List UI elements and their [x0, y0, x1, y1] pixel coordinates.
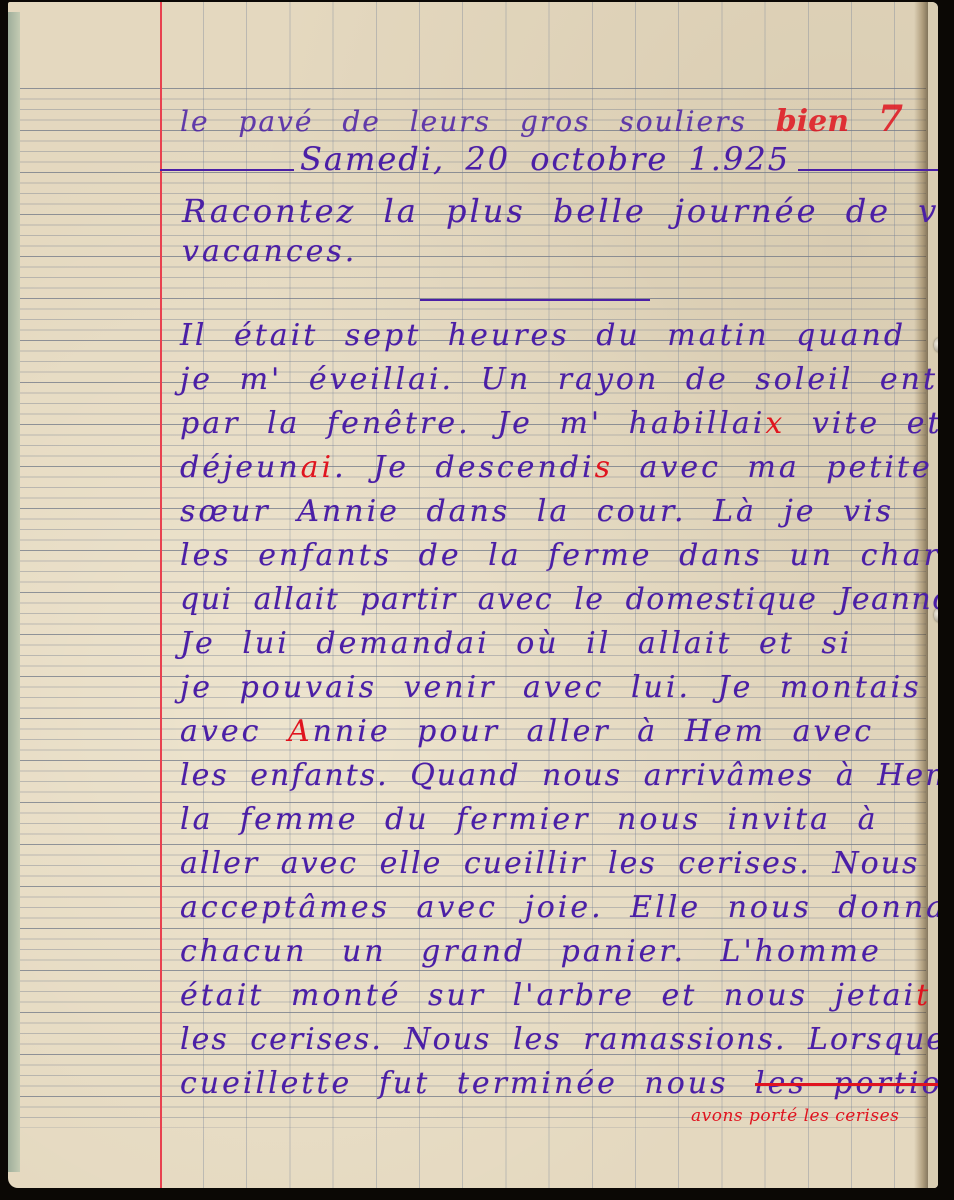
body-line: sœur Annie dans la cour. Là je vis	[180, 494, 894, 529]
date-rule-right	[798, 169, 938, 171]
body-text: nnie pour aller à Hem avec	[313, 714, 874, 749]
section-divider	[420, 299, 650, 301]
struck-text: les portions	[755, 1066, 938, 1101]
body-text: avec	[180, 714, 288, 749]
notebook-page: le pavé de leurs gros souliers bien 7 Sa…	[8, 2, 938, 1188]
handwritten-text: le pavé de leurs gros souliers bien 7 Sa…	[8, 2, 938, 1188]
body-text: par la fenêtre. Je m' habillai	[180, 406, 765, 441]
body-line: je m' éveillai. Un rayon de soleil entra…	[180, 362, 938, 397]
body-line: avec Annie pour aller à Hem avec	[180, 714, 874, 749]
teacher-comment: bien	[776, 104, 849, 139]
date-rule-left	[160, 169, 294, 171]
body-line: cueillette fut terminée nous les portion…	[180, 1066, 938, 1101]
body-line: aller avec elle cueillir les cerises. No…	[180, 846, 919, 881]
body-line: était monté sur l'arbre et nous jetait	[180, 978, 931, 1013]
body-line: Je lui demandai où il allait et si	[180, 626, 852, 661]
body-line: les enfants de la ferme dans un chariot	[180, 538, 938, 573]
correction-mark: t	[916, 978, 931, 1013]
previous-exercise-line: le pavé de leurs gros souliers bien 7	[180, 98, 905, 140]
prompt-line-2: vacances.	[182, 234, 357, 269]
body-line: Il était sept heures du matin quand	[180, 318, 906, 353]
body-line: je pouvais venir avec lui. Je montais	[180, 670, 922, 705]
correction-mark: ai	[301, 450, 334, 485]
body-line: la femme du fermier nous invita à	[180, 802, 878, 837]
body-text: était monté sur l'arbre et nous jetai	[180, 978, 916, 1013]
body-line: acceptâmes avec joie. Elle nous donna à	[180, 890, 938, 925]
correction-mark: A	[288, 714, 313, 749]
prompt-line-1: Racontez la plus belle journée de vos	[182, 192, 938, 230]
body-line: déjeunai. Je descendis avec ma petite	[180, 450, 933, 485]
body-text: déjeun	[180, 450, 301, 485]
correction-mark: s	[595, 450, 613, 485]
previous-text: le pavé de leurs gros souliers	[180, 105, 747, 138]
body-text: cueillette fut terminée nous	[180, 1066, 755, 1101]
body-line: les cerises. Nous les ramassions. Lorsqu…	[180, 1022, 938, 1057]
body-text: avec ma petite	[613, 450, 933, 485]
body-text: . Je descendi	[334, 450, 594, 485]
body-line: qui allait partir avec le domestique Jea…	[180, 582, 938, 617]
body-line: par la fenêtre. Je m' habillaix vite et …	[180, 406, 938, 441]
grade: 7	[878, 98, 905, 140]
teacher-correction: avons porté les cerises	[691, 1106, 899, 1126]
body-line: les enfants. Quand nous arrivâmes à Hem,	[180, 758, 938, 793]
correction-mark: x	[765, 406, 785, 441]
body-line: chacun un grand panier. L'homme	[180, 934, 882, 969]
body-text: qui allait partir avec le domestique Jea…	[180, 582, 938, 617]
body-text: vite et je	[785, 406, 938, 441]
date-heading: Samedi, 20 octobre 1.925	[300, 140, 790, 178]
